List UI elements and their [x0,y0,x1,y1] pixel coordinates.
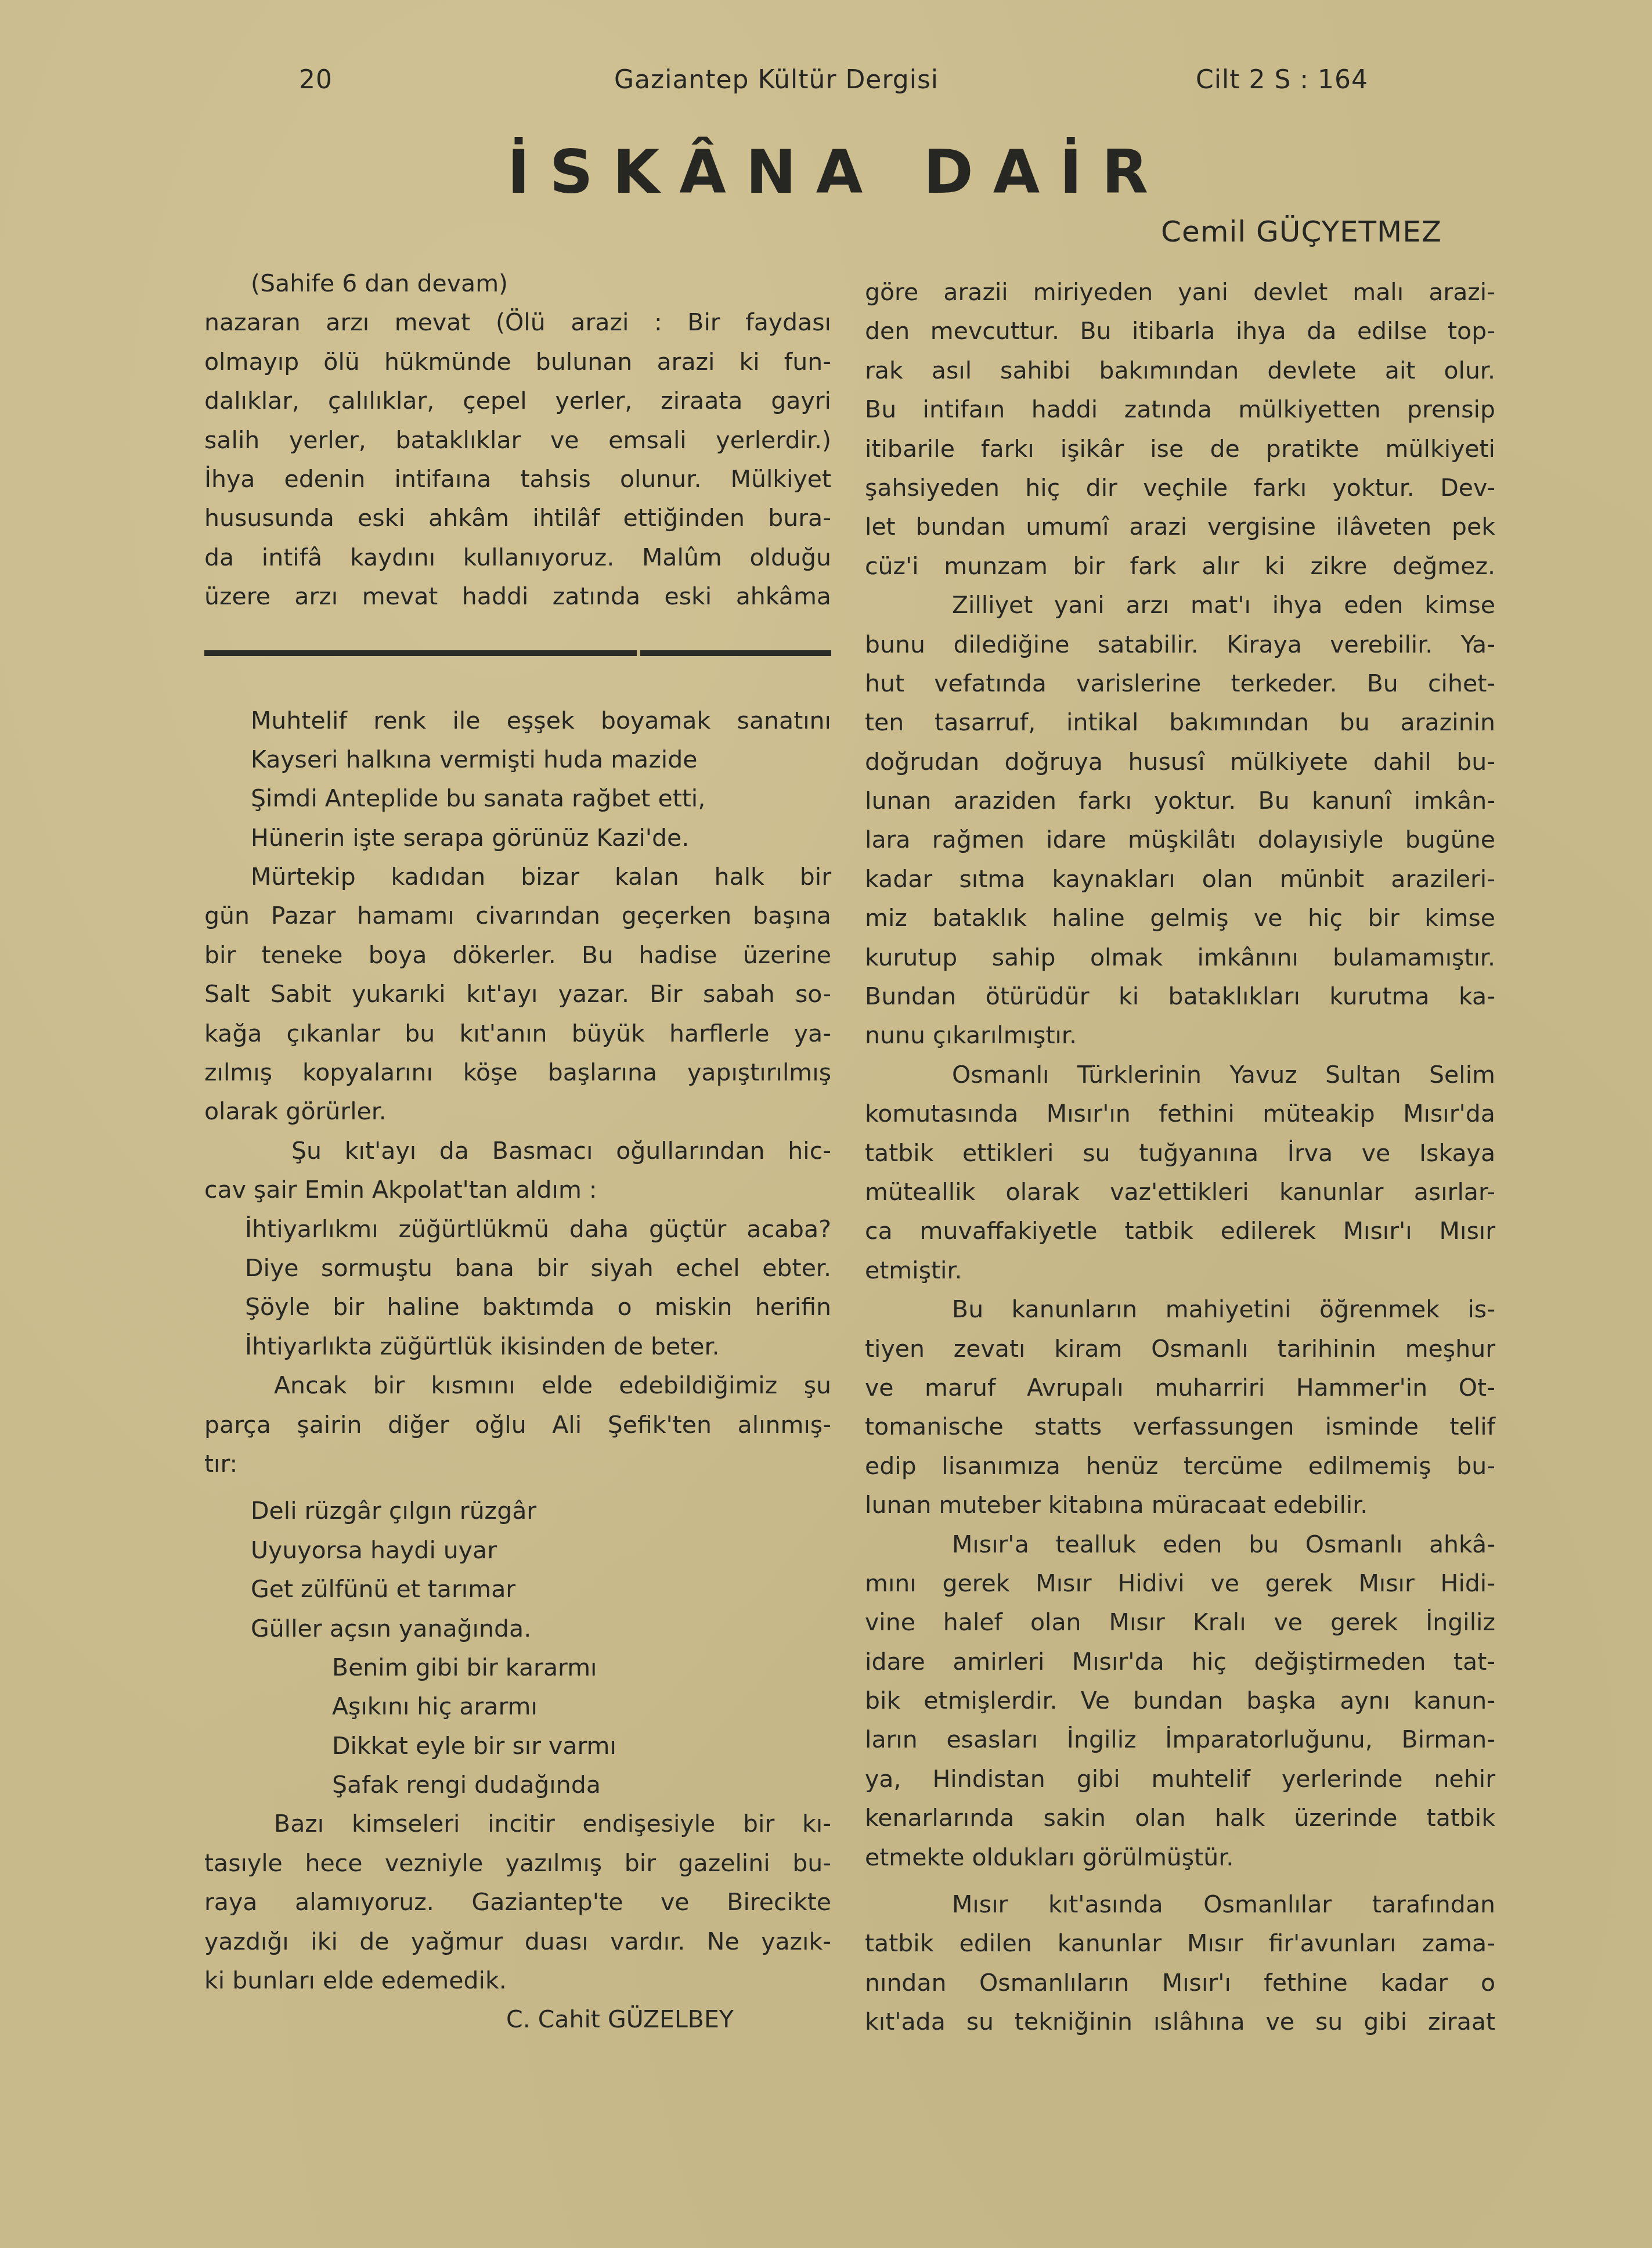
text-line: ca muvaffakiyetle tatbik edilerek Mısır'… [865,1212,1495,1251]
right-paragraph-4: Bu kanunların mahiyetini öğrenmek is- ti… [865,1290,1495,1525]
text-line: gün Pazar hamamı civarından geçerken baş… [204,896,831,935]
text-line: Bazı kimseleri incitir endişesiyle bir k… [204,1804,831,1843]
text-line: yazdığı iki de yağmur duası vardır. Ne y… [204,1922,831,1961]
verse-line: İhtiyarlıkmı züğürtlükmü daha güçtür aca… [204,1210,831,1249]
text-line: üzere arzı mevat haddi zatında eski ahkâ… [204,577,831,616]
text-line: komutasında Mısır'ın fethini müteakip Mı… [865,1094,1495,1133]
verse-line: Deli rüzgâr çılgın rüzgâr [204,1492,831,1530]
text-line: ve maruf Avrupalı muharriri Hammer'in Ot… [865,1368,1495,1407]
text-line: nunu çıkarılmıştır. [865,1016,1495,1055]
text-line: rak asıl sahibi bakımından devlete ait o… [865,351,1495,390]
poem-kayseri: Muhtelif renk ile eşşek boyamak sanatını… [204,701,831,858]
verse-line: Hünerin işte serapa görünüz Kazi'de. [204,819,831,858]
text-line: parça şairin diğer oğlu Ali Şefik'ten al… [204,1406,831,1444]
text-line: den mevcuttur. Bu itibarla ihya da edils… [865,312,1495,351]
verse-line: Kayseri halkına vermişti huda mazide [204,740,831,779]
text-line: idare amirleri Mısır'da hiç değiştirmede… [865,1642,1495,1681]
page-number: 20 [299,65,333,95]
spacer [865,1877,1495,1885]
text-line: Osmanlı Türklerinin Yavuz Sultan Selim [865,1055,1495,1094]
verse-line: Şimdi Anteplide bu sanata rağbet etti, [204,779,831,818]
article-signature: C. Cahit GÜZELBEY [204,2000,831,2039]
right-paragraph-6: Mısır kıt'asında Osmanlılar tarafından t… [865,1885,1495,2042]
text-line: zılmış kopyalarını köşe başlarına yapışt… [204,1053,831,1092]
text-line: bik etmişlerdir. Ve bundan başka aynı ka… [865,1681,1495,1720]
text-line: Bundan ötürüdür ki bataklıkları kurutma … [865,977,1495,1016]
text-line: vine halef olan Mısır Kralı ve gerek İng… [865,1603,1495,1642]
right-paragraph-5: Mısır'a tealluk eden bu Osmanlı ahkâ- mı… [865,1525,1495,1878]
text-line: etmiştir. [865,1251,1495,1290]
text-line: ten tasarruf, intikal bakımından bu araz… [865,703,1495,742]
verse-line: Uyuyorsa haydi uyar [204,1531,831,1570]
text-line: İhya edenin intifaına tahsis olunur. Mül… [204,460,831,499]
text-line: kenarlarında sakin olan halk üzerinde ta… [865,1799,1495,1838]
verse-line: Benim gibi bir kararmı [204,1648,831,1687]
running-head: 20 Gaziantep Kültür Dergisi Cilt 2 S : 1… [0,65,1652,106]
text-line: nazaran arzı mevat (Ölü arazi : Bir fayd… [204,303,831,342]
right-column: göre arazii miriyeden yani devlet malı a… [865,273,1495,2042]
text-line: olarak görürler. [204,1092,831,1131]
verse-line: Güller açsın yanağında. [204,1609,831,1648]
text-line: tasıyle hece vezniyle yazılmış bir gazel… [204,1844,831,1883]
text-line: let bundan umumî arazi vergisine ilâvete… [865,507,1495,546]
journal-name: Gaziantep Kültür Dergisi [614,65,939,95]
verse-line: Diye sormuştu bana bir siyah echel ebter… [204,1249,831,1288]
section-divider [204,650,831,656]
text-line: şahsiyeden hiç dir veçhile farkı yoktur.… [865,469,1495,507]
left-paragraph-3: Şu kıt'ayı da Basmacı oğullarından hic- … [204,1132,831,1210]
text-line: Bu intifaın haddi zatında mülkiyetten pr… [865,390,1495,429]
text-line: edip lisanımıza henüz tercüme edilmemiş … [865,1447,1495,1486]
text-line: hususunda eski ahkâm ihtilâf ettiğinden … [204,499,831,538]
spacer [204,1483,831,1492]
text-line: miz bataklık haline gelmiş ve hiç bir ki… [865,899,1495,938]
text-line: mını gerek Mısır Hidivi ve gerek Mısır H… [865,1564,1495,1603]
text-line: göre arazii miriyeden yani devlet malı a… [865,273,1495,312]
text-line: Mısır'a tealluk eden bu Osmanlı ahkâ- [865,1525,1495,1564]
text-line: itibarile farkı işikâr ise de pratikte m… [865,430,1495,469]
verse-line: Get zülfünü et tarımar [204,1570,831,1609]
text-line: ların esasları İngiliz İmparatorluğunu, … [865,1720,1495,1759]
left-paragraph-1: nazaran arzı mevat (Ölü arazi : Bir fayd… [204,303,831,616]
text-line: kağa çıkanlar bu kıt'anın büyük harflerl… [204,1014,831,1053]
text-line: kıt'ada su tekniğinin ıslâhına ve su gib… [865,2002,1495,2041]
text-line: cüz'i munzam bir fark alır ki zikre değm… [865,547,1495,586]
text-line: kadar sıtma kaynakları olan münbit arazi… [865,860,1495,899]
poem-deli-ruzgar: Deli rüzgâr çılgın rüzgâr Uyuyorsa haydi… [204,1492,831,1804]
text-line: da intifâ kaydını kullanıyoruz. Malûm ol… [204,538,831,577]
text-line: Salt Sabit yukarıki kıt'ayı yazar. Bir s… [204,975,831,1014]
text-line: salih yerler, bataklıklar ve emsali yerl… [204,421,831,460]
verse-line: Aşıkını hiç ararmı [204,1687,831,1726]
text-line: lunan muteber kitabına müracaat edebilir… [865,1486,1495,1525]
issue-number: Cilt 2 S : 164 [1196,65,1368,95]
text-line: cav şair Emin Akpolat'tan aldım : [204,1170,831,1209]
text-line: tatbik ettikleri su tuğyanına İrva ve Is… [865,1134,1495,1173]
text-line: tatbik edilen kanunlar Mısır fir'avunlar… [865,1924,1495,1963]
text-line: raya alamıyoruz. Gaziantep'te ve Birecik… [204,1883,831,1922]
text-line: kurutup sahip olmak imkânını bulamamıştı… [865,938,1495,977]
text-line: bunu dilediğine satabilir. Kiraya verebi… [865,625,1495,664]
right-paragraph-3: Osmanlı Türklerinin Yavuz Sultan Selim k… [865,1055,1495,1290]
text-line: lunan araziden farkı yoktur. Bu kanunî i… [865,781,1495,820]
article-title: İSKÂNA DAİR [0,136,1652,207]
text-line: hut vefatında varislerine terkeder. Bu c… [865,664,1495,703]
text-line: doğrudan doğruya hususî mülkiyete dahil … [865,743,1495,781]
text-line: lara rağmen idare müşkilâtı dolayısiyle … [865,820,1495,859]
verse-line: İhtiyarlıkta züğürtlük ikisinden de bete… [204,1327,831,1366]
left-paragraph-2: Mürtekip kadıdan bizar kalan halk bir gü… [204,858,831,1132]
text-line: ki bunları elde edemedik. [204,1961,831,2000]
text-line: tiyen zevatı kiram Osmanlı tarihinin meş… [865,1330,1495,1368]
text-line: Bu kanunların mahiyetini öğrenmek is- [865,1290,1495,1329]
verse-line: Şöyle bir haline baktımda o miskin herif… [204,1288,831,1327]
article-author: Cemil GÜÇYETMEZ [1161,215,1442,248]
text-line: Şu kıt'ayı da Basmacı oğullarından hic- [204,1132,831,1170]
text-line: bir teneke boya dökerler. Bu hadise üzer… [204,936,831,975]
text-line: dalıklar, çalılıklar, çepel yerler, zira… [204,381,831,420]
text-line: tır: [204,1444,831,1483]
verse-line: Dikkat eyle bir sır varmı [204,1727,831,1766]
left-column: (Sahife 6 dan devam) nazaran arzı mevat … [204,264,831,2040]
text-line: Zilliyet yani arzı mat'ı ihya eden kimse [865,586,1495,625]
right-paragraph-2: Zilliyet yani arzı mat'ı ihya eden kimse… [865,586,1495,1055]
right-paragraph-1: göre arazii miriyeden yani devlet malı a… [865,273,1495,586]
text-line: tomanische statts verfassungen isminde t… [865,1407,1495,1446]
magazine-page: 20 Gaziantep Kültür Dergisi Cilt 2 S : 1… [0,0,1652,2248]
left-paragraph-4: Ancak bir kısmını elde edebildiğimiz şu … [204,1366,831,1483]
poem-ihtiyarlik: İhtiyarlıkmı züğürtlükmü daha güçtür aca… [204,1210,831,1367]
verse-line: Muhtelif renk ile eşşek boyamak sanatını [204,701,831,740]
left-paragraph-5: Bazı kimseleri incitir endişesiyle bir k… [204,1804,831,2000]
text-line: ya, Hindistan gibi muhtelif yerlerinde n… [865,1760,1495,1799]
text-line: etmekte oldukları görülmüştür. [865,1838,1495,1877]
text-line: nından Osmanlıların Mısır'ı fethine kada… [865,1964,1495,2002]
verse-line: Şafak rengi dudağında [204,1766,831,1804]
text-line: Ancak bir kısmını elde edebildiğimiz şu [204,1366,831,1405]
text-line: müteallik olarak vaz'ettikleri kanunlar … [865,1173,1495,1212]
text-line: Mürtekip kadıdan bizar kalan halk bir [204,858,831,896]
text-line: Mısır kıt'asında Osmanlılar tarafından [865,1885,1495,1924]
text-line: olmayıp ölü hükmünde bulunan arazi ki fu… [204,343,831,381]
continuation-note: (Sahife 6 dan devam) [204,264,831,303]
